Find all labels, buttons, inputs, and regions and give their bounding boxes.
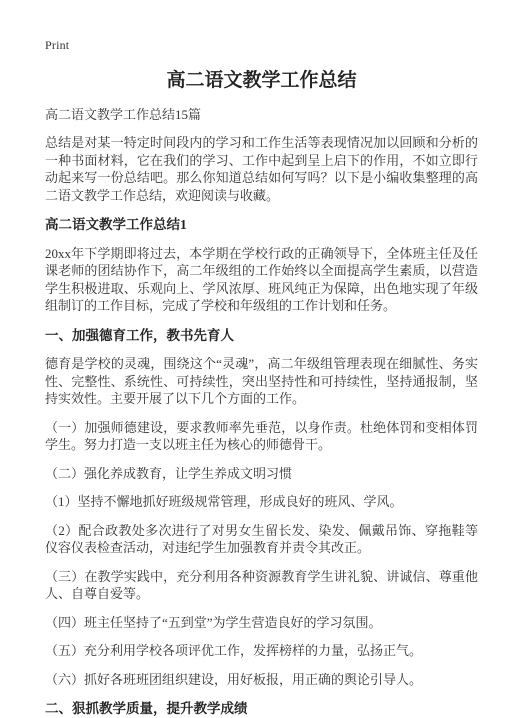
page-title: 高二语文教学工作总结 (45, 69, 478, 93)
intro-paragraph: 总结是对某一特定时间段内的学习和工作生活等表现情况加以回顾和分析的一种书面材料，… (45, 134, 478, 204)
paragraph-item-2: （二）强化养成教育，让学生养成文明习惯 (45, 465, 478, 483)
paragraph-item-5: （五）充分利用学校各项评优工作，发挥榜样的力量，弘扬正气。 (45, 642, 478, 660)
paragraph-item-4: （四）班主任坚持了“五到堂”为学生营造良好的学习氛围。 (45, 614, 478, 632)
document-subtitle: 高二语文教学工作总结15篇 (45, 106, 478, 123)
paragraph-moral-education-intro: 德育是学校的灵魂，围绕这个“灵魂”，高二年级组管理表现在细腻性、务实性、完整性、… (45, 355, 478, 408)
document-page: Print 高二语文教学工作总结 高二语文教学工作总结15篇 总结是对某一特定时… (0, 0, 520, 718)
paragraph-item-6: （六）抓好各班班团组织建设，用好板报，用正确的舆论引导人。 (45, 671, 478, 689)
paragraph-item-3: （三）在教学实践中，充分利用各种资源教育学生讲礼貌、讲诚信、尊重他人、自尊自爱等… (45, 568, 478, 603)
section-heading-teaching-quality: 二、狠抓教学质量，提升教学成绩 (45, 700, 478, 718)
section-heading-summary-1: 高二语文教学工作总结1 (45, 216, 478, 234)
paragraph-item-2-sub-2: （2）配合政教处多次进行了对男女生留长发、染发、佩戴吊饰、穿拖鞋等仪容仪表检查活… (45, 522, 478, 557)
section-heading-moral-education: 一、加强德育工作，教书先育人 (45, 327, 478, 345)
paragraph-semester-overview: 20xx年下学期即将过去，本学期在学校行政的正确领导下，全体班主任及任课老师的团… (45, 245, 478, 315)
paragraph-item-1: （一）加强师德建设，要求教师率先垂范，以身作责。杜绝体罚和变相体罚学生。努力打造… (45, 419, 478, 454)
paragraph-item-2-sub-1: （1）坚持不懈地抓好班级规常管理，形成良好的班风、学风。 (45, 493, 478, 511)
print-button[interactable]: Print (45, 38, 69, 53)
